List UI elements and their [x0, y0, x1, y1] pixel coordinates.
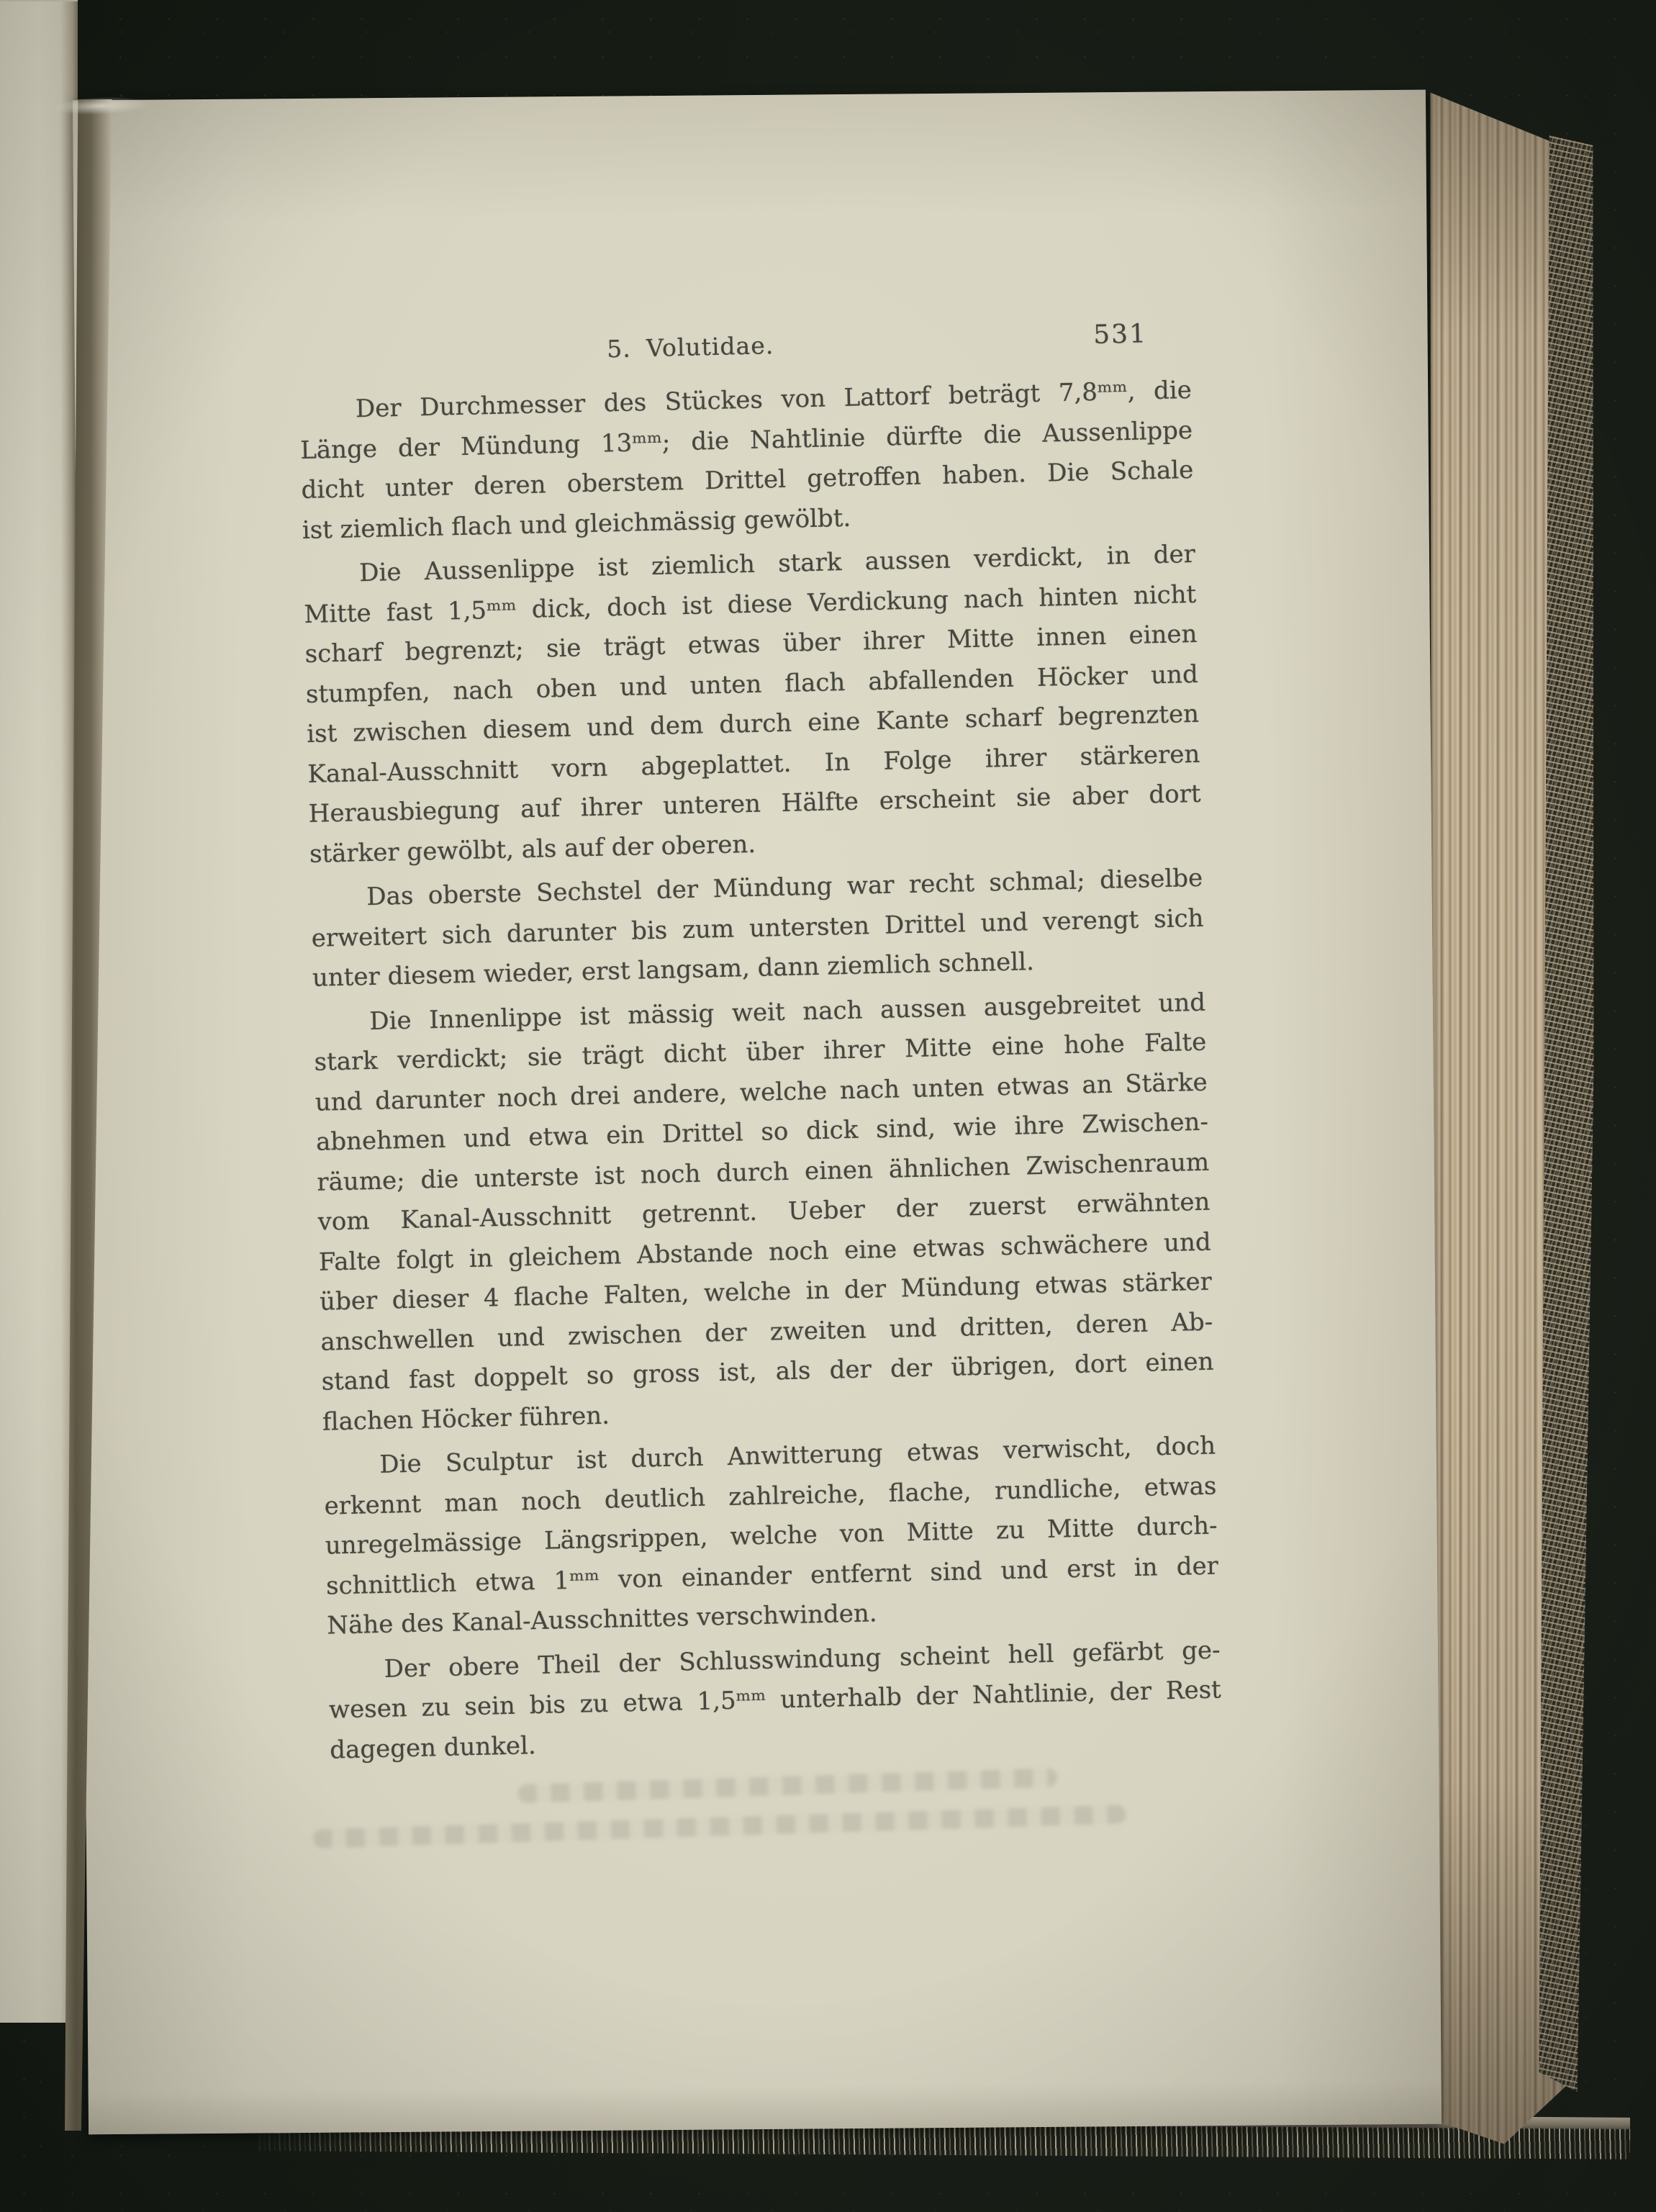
paragraph: Die Aussenlippe ist ziemlich stark ausse… — [303, 535, 1203, 875]
facing-page-edge — [0, 0, 78, 2023]
show-through-smudge — [313, 1805, 1126, 1848]
printed-text-block: 5. Volutidae. 531 Der Durchmesser des St… — [298, 316, 1223, 1771]
book-page: 5. Volutidae. 531 Der Durchmesser des St… — [73, 90, 1442, 2135]
paragraph: Die Sculptur ist durch Anwitterung etwas… — [323, 1427, 1220, 1647]
paragraph: Das oberste Sechstel der Mündung war rec… — [310, 859, 1205, 999]
show-through-smudge — [517, 1768, 1057, 1803]
paragraph: Der Durchmesser des Stückes von Lattorf … — [299, 371, 1195, 551]
book-photograph: 5. Volutidae. 531 Der Durchmesser des St… — [0, 0, 1656, 2212]
paragraph: Die Innenlippe ist mässig weit nach auss… — [313, 983, 1216, 1442]
gutter-dust-speck — [40, 93, 163, 119]
page-number: 531 — [1093, 314, 1148, 355]
running-header: 5. Volutidae. 531 — [298, 316, 1191, 372]
paragraph: Der obere Theil der Schlusswindung schei… — [327, 1630, 1222, 1771]
section-title: 5. Volutidae. — [298, 316, 1191, 376]
